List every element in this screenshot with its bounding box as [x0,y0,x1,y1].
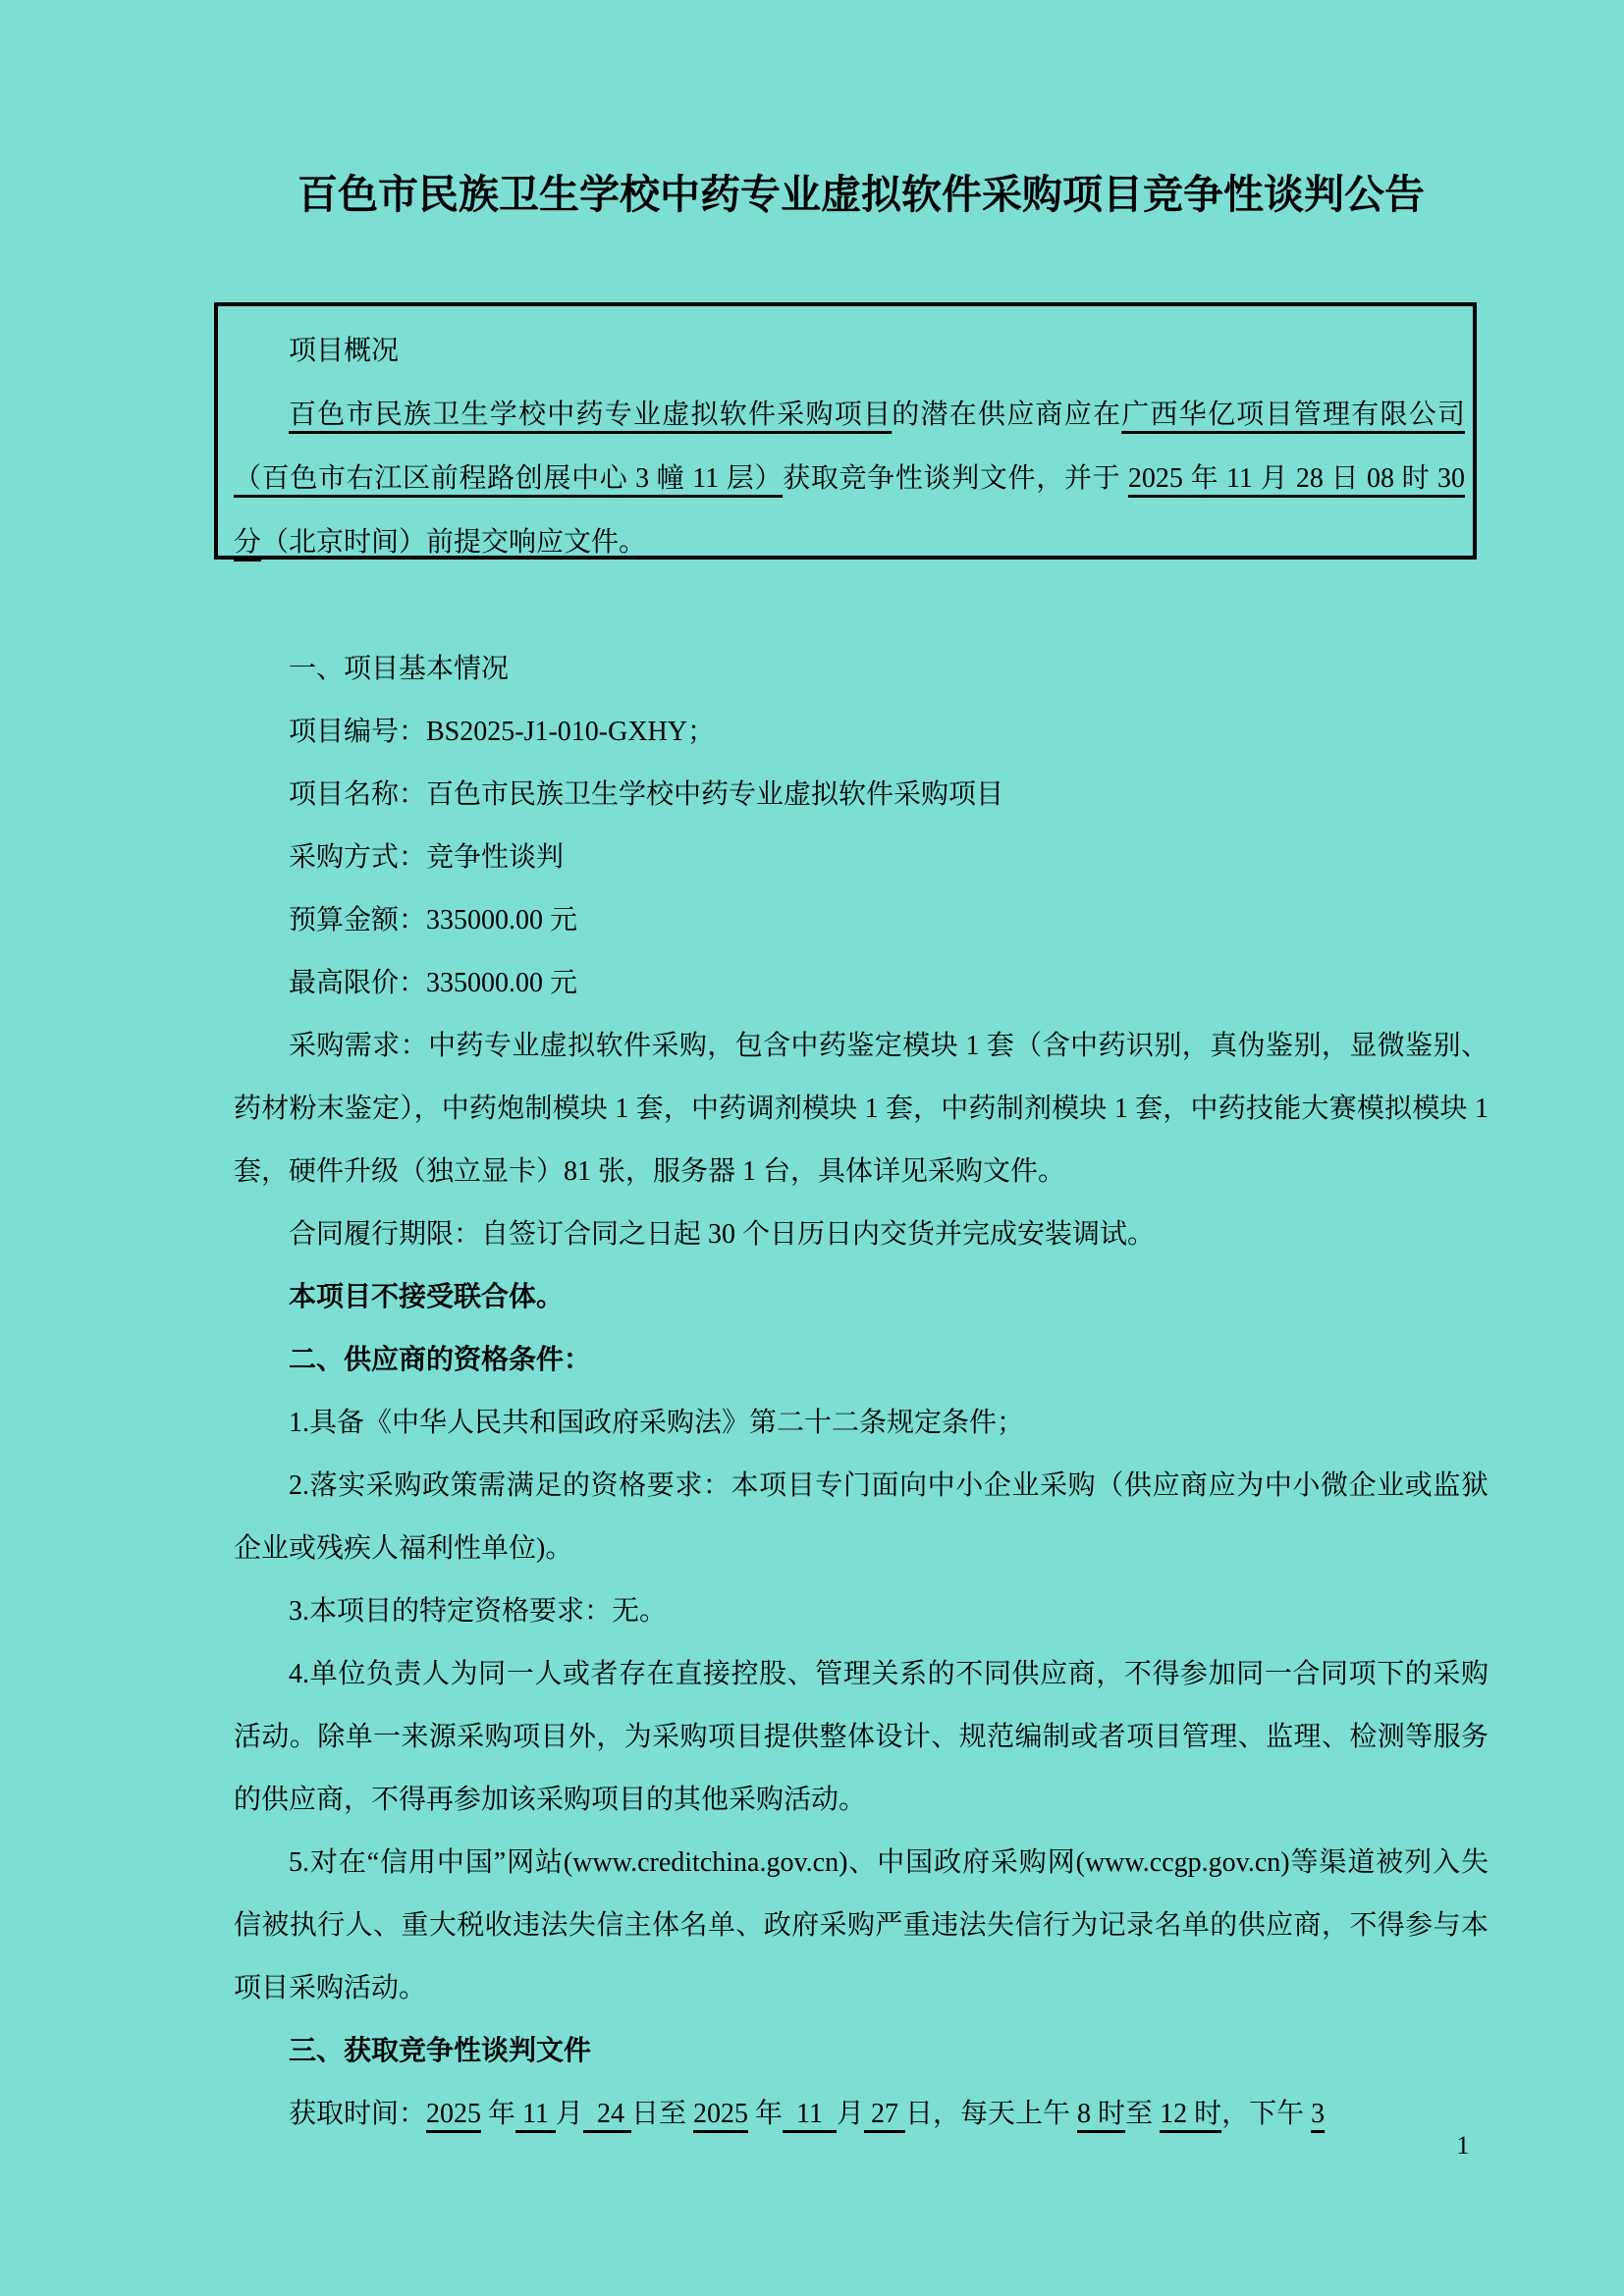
page-title: 百色市民族卫生学校中药专业虚拟软件采购项目竞争性谈判公告 [234,171,1489,219]
contract-period-line: 合同履行期限：自签订合同之日起 30 个日历日内交货并完成安装调试。 [234,1203,1489,1266]
no-consortium-line: 本项目不接受联合体。 [234,1266,1489,1329]
underlined-text: 11 [783,2099,837,2129]
text-segment: 3.本项目的特定资格要求：无。 [289,1596,667,1627]
acquisition-time-line: 获取时间：2025 年 11 月 24 日至 2025 年 11 月 27 日，… [234,2083,1489,2146]
text-segment: 日，每天上午 [905,2099,1077,2129]
qualification-item-5: 5.对在“信用中国”网站(www.creditchina.gov.cn)、中国政… [234,1832,1489,2020]
text-segment: 一、项目基本情况 [289,654,509,684]
text-segment: 月 [556,2099,583,2129]
text-segment: 4.单位负责人为同一人或者存在直接控股、管理关系的不同供应商，不得参加同一合同项… [234,1659,1489,1815]
document-body: 一、项目基本情况项目编号：BS2025-J1-010-GXHY；项目名称：百色市… [234,638,1489,2146]
underlined-text: 3 [1311,2099,1325,2129]
text-segment: 项目编号：BS2025-J1-010-GXHY； [289,717,715,747]
text-segment: 预算金额：335000.00 元 [289,905,577,935]
text-segment: 5.对在“信用中国”网站(www.creditchina.gov.cn)、中国政… [234,1847,1489,2003]
underlined-text: 百色市民族卫生学校中药专业虚拟软件采购项目 [289,400,892,430]
budget-line: 预算金额：335000.00 元 [234,889,1489,952]
overview-box: 项目概况 百色市民族卫生学校中药专业虚拟软件采购项目的潜在供应商应在广西华亿项目… [214,302,1477,560]
procurement-demand-line: 采购需求：中药专业虚拟软件采购，包含中药鉴定模块 1 套（含中药识别，真伪鉴别，… [234,1015,1489,1203]
qualification-item-4: 4.单位负责人为同一人或者存在直接控股、管理关系的不同供应商，不得参加同一合同项… [234,1643,1489,1832]
text-segment: ，下午 [1221,2099,1311,2129]
text-segment: 采购需求：中药专业虚拟软件采购，包含中药鉴定模块 1 套（含中药识别，真伪鉴别，… [234,1031,1489,1187]
text-segment: 获取竞争性谈判文件，并于 [783,463,1128,494]
underlined-text: 27 [864,2099,905,2129]
text-segment: 采购方式：竞争性谈判 [289,842,564,873]
overview-paragraph: 百色市民族卫生学校中药专业虚拟软件采购项目的潜在供应商应在广西华亿项目管理有限公… [234,383,1465,574]
text-segment: 最高限价：335000.00 元 [289,968,577,998]
text-segment: 年 [481,2099,515,2129]
underlined-text: 2025 [426,2099,481,2129]
text-segment: 2.落实采购政策需满足的资格要求：本项目专门面向中小企业采购（供应商应为中小微企… [234,1470,1489,1564]
underlined-text: 2025 [693,2099,748,2129]
text-segment: （北京时间）前提交响应文件。 [261,527,646,558]
qualification-item-1: 1.具备《中华人民共和国政府采购法》第二十二条规定条件； [234,1392,1489,1455]
text-segment: 月 [837,2099,864,2129]
section-heading-2: 二、供应商的资格条件： [234,1329,1489,1392]
text-segment: 本项目不接受联合体。 [289,1282,564,1312]
underlined-text: 11 [515,2099,556,2129]
procurement-method-line: 采购方式：竞争性谈判 [234,827,1489,889]
qualification-item-2: 2.落实采购政策需满足的资格要求：本项目专门面向中小企业采购（供应商应为中小微企… [234,1455,1489,1580]
text-segment: 项目名称：百色市民族卫生学校中药专业虚拟软件采购项目 [289,779,1003,810]
text-segment: 获取时间： [289,2099,426,2129]
overview-heading: 项目概况 [234,319,1465,383]
text-segment: 三、获取竞争性谈判文件 [289,2036,591,2066]
qualification-item-3: 3.本项目的特定资格要求：无。 [234,1580,1489,1643]
section-heading-1: 一、项目基本情况 [234,638,1489,701]
project-number-line: 项目编号：BS2025-J1-010-GXHY； [234,701,1489,764]
max-price-line: 最高限价：335000.00 元 [234,952,1489,1015]
section-heading-3: 三、获取竞争性谈判文件 [234,2020,1489,2083]
text-segment: 年 [748,2099,783,2129]
underlined-text: 12 时 [1160,2099,1221,2129]
text-segment: 1.具备《中华人民共和国政府采购法》第二十二条规定条件； [289,1408,1024,1438]
document-page: { "page": { "background_color": "#7dded4… [0,0,1624,2296]
text-segment: 合同履行期限：自签订合同之日起 30 个日历日内交货并完成安装调试。 [289,1219,1155,1250]
text-segment: 至 [1125,2099,1160,2129]
text-segment: 二、供应商的资格条件： [289,1345,591,1375]
page-number: 1 [1448,2130,1478,2161]
underlined-text: 24 [583,2099,631,2129]
text-segment: 的潜在供应商应在 [892,400,1121,430]
underlined-text: 8 时 [1077,2099,1125,2129]
text-segment: 日至 [631,2099,693,2129]
project-name-line: 项目名称：百色市民族卫生学校中药专业虚拟软件采购项目 [234,764,1489,827]
